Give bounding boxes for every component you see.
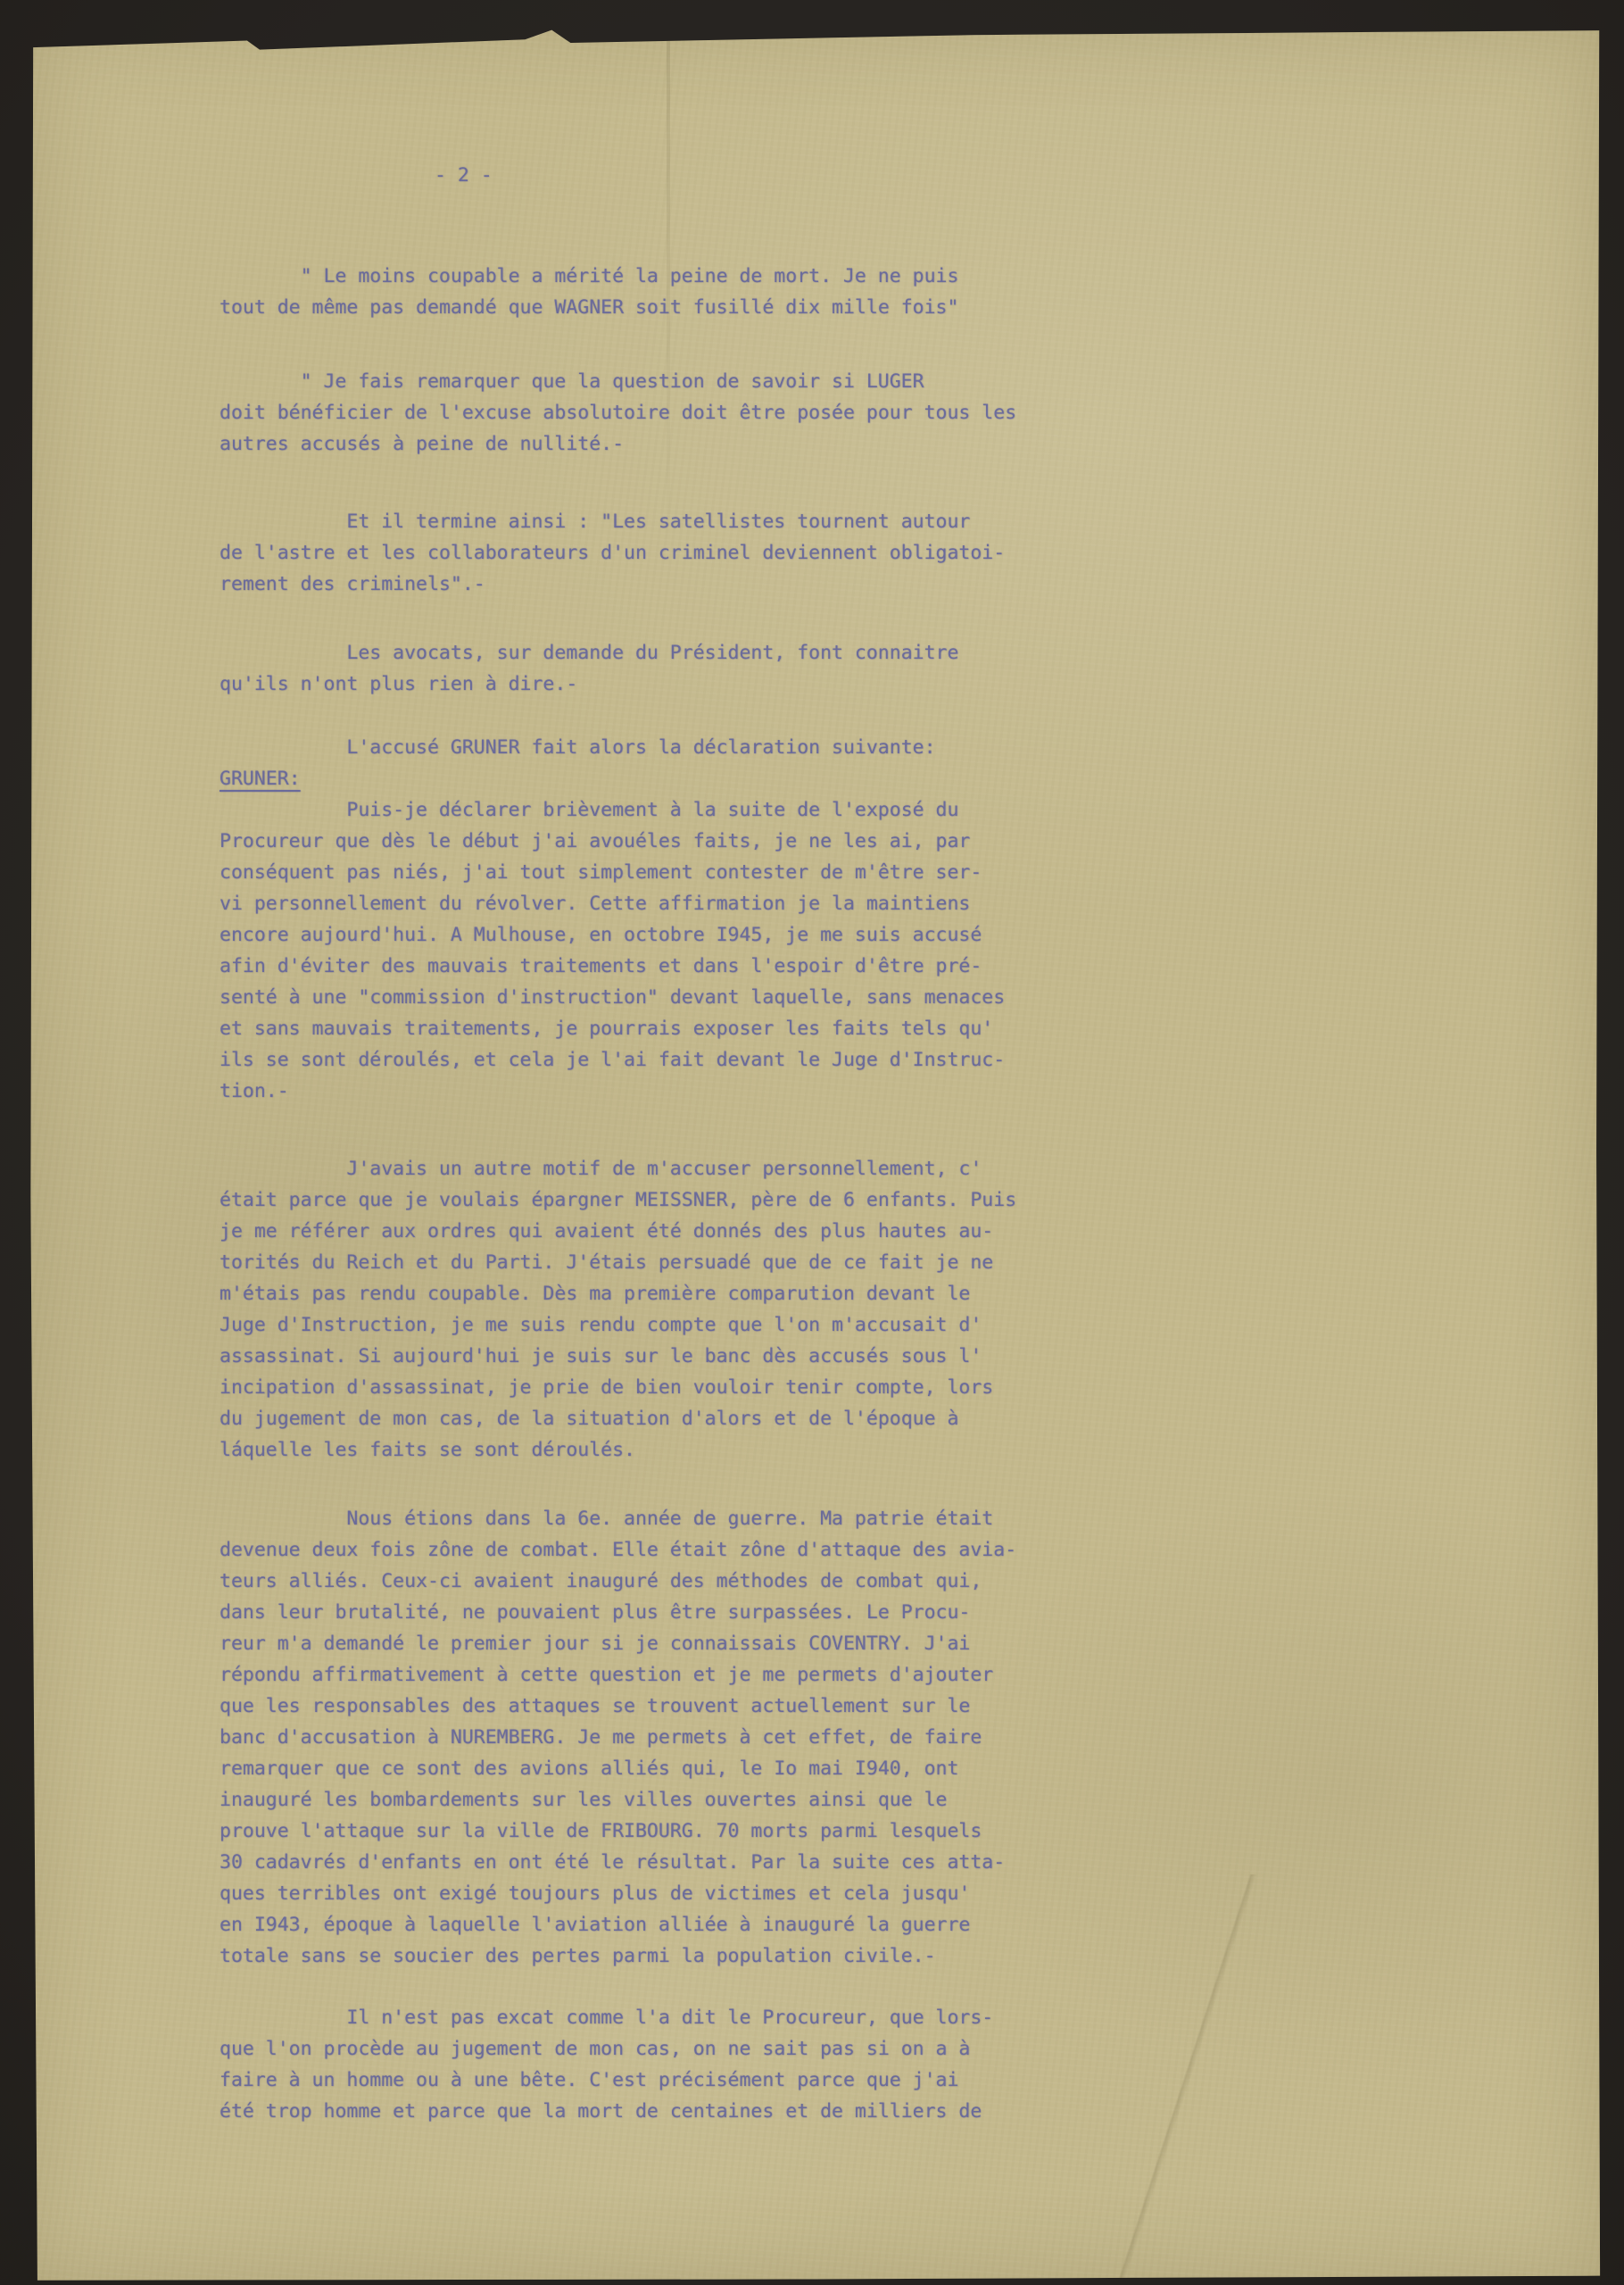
text-line: que l'on procède au jugement de mon cas,… <box>220 2033 1051 2065</box>
text-line: senté à une "commission d'instruction" d… <box>220 982 1051 1013</box>
text-line: devenue deux fois zône de combat. Elle é… <box>220 1534 1051 1566</box>
text-line: láquelle les faits se sont déroulés. <box>220 1434 1051 1466</box>
paragraph: " Le moins coupable a mérité la peine de… <box>220 261 1051 323</box>
text-line: et sans mauvais traitements, je pourrais… <box>220 1013 1051 1044</box>
speaker-label: GRUNER: <box>220 763 1051 794</box>
text-line: du jugement de mon cas, de la situation … <box>220 1403 1051 1434</box>
paragraph: Nous étions dans la 6e. année de guerre.… <box>220 1503 1051 1972</box>
text-line: vi personnellement du révolver. Cette af… <box>220 888 1051 919</box>
text-line: GRUNER: <box>220 763 1051 794</box>
paragraph: Il n'est pas excat comme l'a dit le Proc… <box>220 2002 1051 2127</box>
text-line: totale sans se soucier des pertes parmi … <box>220 1940 1051 1972</box>
text-line: prouve l'attaque sur la ville de FRIBOUR… <box>220 1816 1051 1847</box>
text-line: faire à un homme ou à une bête. C'est pr… <box>220 2065 1051 2096</box>
text-line: était parce que je voulais épargner MEIS… <box>220 1184 1051 1216</box>
text-line: ques terribles ont exigé toujours plus d… <box>220 1878 1051 1909</box>
text-line: teurs alliés. Ceux-ci avaient inauguré d… <box>220 1566 1051 1597</box>
document-page: - 2 - " Le moins coupable a mérité la pe… <box>30 21 1601 2281</box>
text-line: J'avais un autre motif de m'accuser pers… <box>220 1153 1051 1184</box>
scan-background: - 2 - " Le moins coupable a mérité la pe… <box>0 0 1624 2285</box>
text-line: inauguré les bombardements sur les ville… <box>220 1784 1051 1816</box>
paragraph: Puis-je déclarer brièvement à la suite d… <box>220 794 1051 1107</box>
text-line: " Je fais remarquer que la question de s… <box>220 366 1051 397</box>
text-line: en I943, époque à laquelle l'aviation al… <box>220 1909 1051 1940</box>
text-line: conséquent pas niés, j'ai tout simplemen… <box>220 857 1051 888</box>
paragraph: " Je fais remarquer que la question de s… <box>220 366 1051 460</box>
paragraph: Les avocats, sur demande du Président, f… <box>220 637 1051 700</box>
text-line: Puis-je déclarer brièvement à la suite d… <box>220 794 1051 826</box>
paragraph: J'avais un autre motif de m'accuser pers… <box>220 1153 1051 1466</box>
text-line: que les responsables des attaques se tro… <box>220 1691 1051 1722</box>
text-line: de l'astre et les collaborateurs d'un cr… <box>220 537 1051 569</box>
text-line: L'accusé GRUNER fait alors la déclaratio… <box>220 732 1051 763</box>
text-line: tion.- <box>220 1076 1051 1107</box>
paragraph: L'accusé GRUNER fait alors la déclaratio… <box>220 732 1051 763</box>
page-content: - 2 - " Le moins coupable a mérité la pe… <box>30 21 1051 2127</box>
text-line: tout de même pas demandé que WAGNER soit… <box>220 292 1051 323</box>
text-line: Les avocats, sur demande du Président, f… <box>220 637 1051 669</box>
text-line: assassinat. Si aujourd'hui je suis sur l… <box>220 1341 1051 1372</box>
text-line: Nous étions dans la 6e. année de guerre.… <box>220 1503 1051 1534</box>
paragraph: Et il termine ainsi : "Les satellistes t… <box>220 506 1051 600</box>
text-line: " Le moins coupable a mérité la peine de… <box>220 261 1051 292</box>
text-line: ils se sont déroulés, et cela je l'ai fa… <box>220 1044 1051 1076</box>
text-line: Juge d'Instruction, je me suis rendu com… <box>220 1309 1051 1341</box>
text-line: Il n'est pas excat comme l'a dit le Proc… <box>220 2002 1051 2033</box>
text-line: 30 cadavrés d'enfants en ont été le résu… <box>220 1847 1051 1878</box>
text-line: torités du Reich et du Parti. J'étais pe… <box>220 1247 1051 1278</box>
text-line: été trop homme et parce que la mort de c… <box>220 2096 1051 2127</box>
text-line: Et il termine ainsi : "Les satellistes t… <box>220 506 1051 537</box>
text-line: Procureur que dès le début j'ai avouéles… <box>220 826 1051 857</box>
text-line: incipation d'assassinat, je prie de bien… <box>220 1372 1051 1403</box>
text-line: je me référer aux ordres qui avaient été… <box>220 1216 1051 1247</box>
text-line: autres accusés à peine de nullité.- <box>220 428 1051 460</box>
text-line: remarquer que ce sont des avions alliés … <box>220 1753 1051 1784</box>
text-line: m'étais pas rendu coupable. Dès ma premi… <box>220 1278 1051 1309</box>
text-line: rement des criminels".- <box>220 569 1051 600</box>
text-line: doit bénéficier de l'excuse absolutoire … <box>220 397 1051 428</box>
paragraph-list: " Le moins coupable a mérité la peine de… <box>220 261 1051 2127</box>
text-line: reur m'a demandé le premier jour si je c… <box>220 1628 1051 1659</box>
page-number: - 2 - <box>435 160 1051 191</box>
text-line: banc d'accusation à NUREMBERG. Je me per… <box>220 1722 1051 1753</box>
text-line: dans leur brutalité, ne pouvaient plus ê… <box>220 1597 1051 1628</box>
text-line: encore aujourd'hui. A Mulhouse, en octob… <box>220 919 1051 951</box>
text-line: répondu affirmativement à cette question… <box>220 1659 1051 1691</box>
text-line: qu'ils n'ont plus rien à dire.- <box>220 669 1051 700</box>
text-line: afin d'éviter des mauvais traitements et… <box>220 951 1051 982</box>
